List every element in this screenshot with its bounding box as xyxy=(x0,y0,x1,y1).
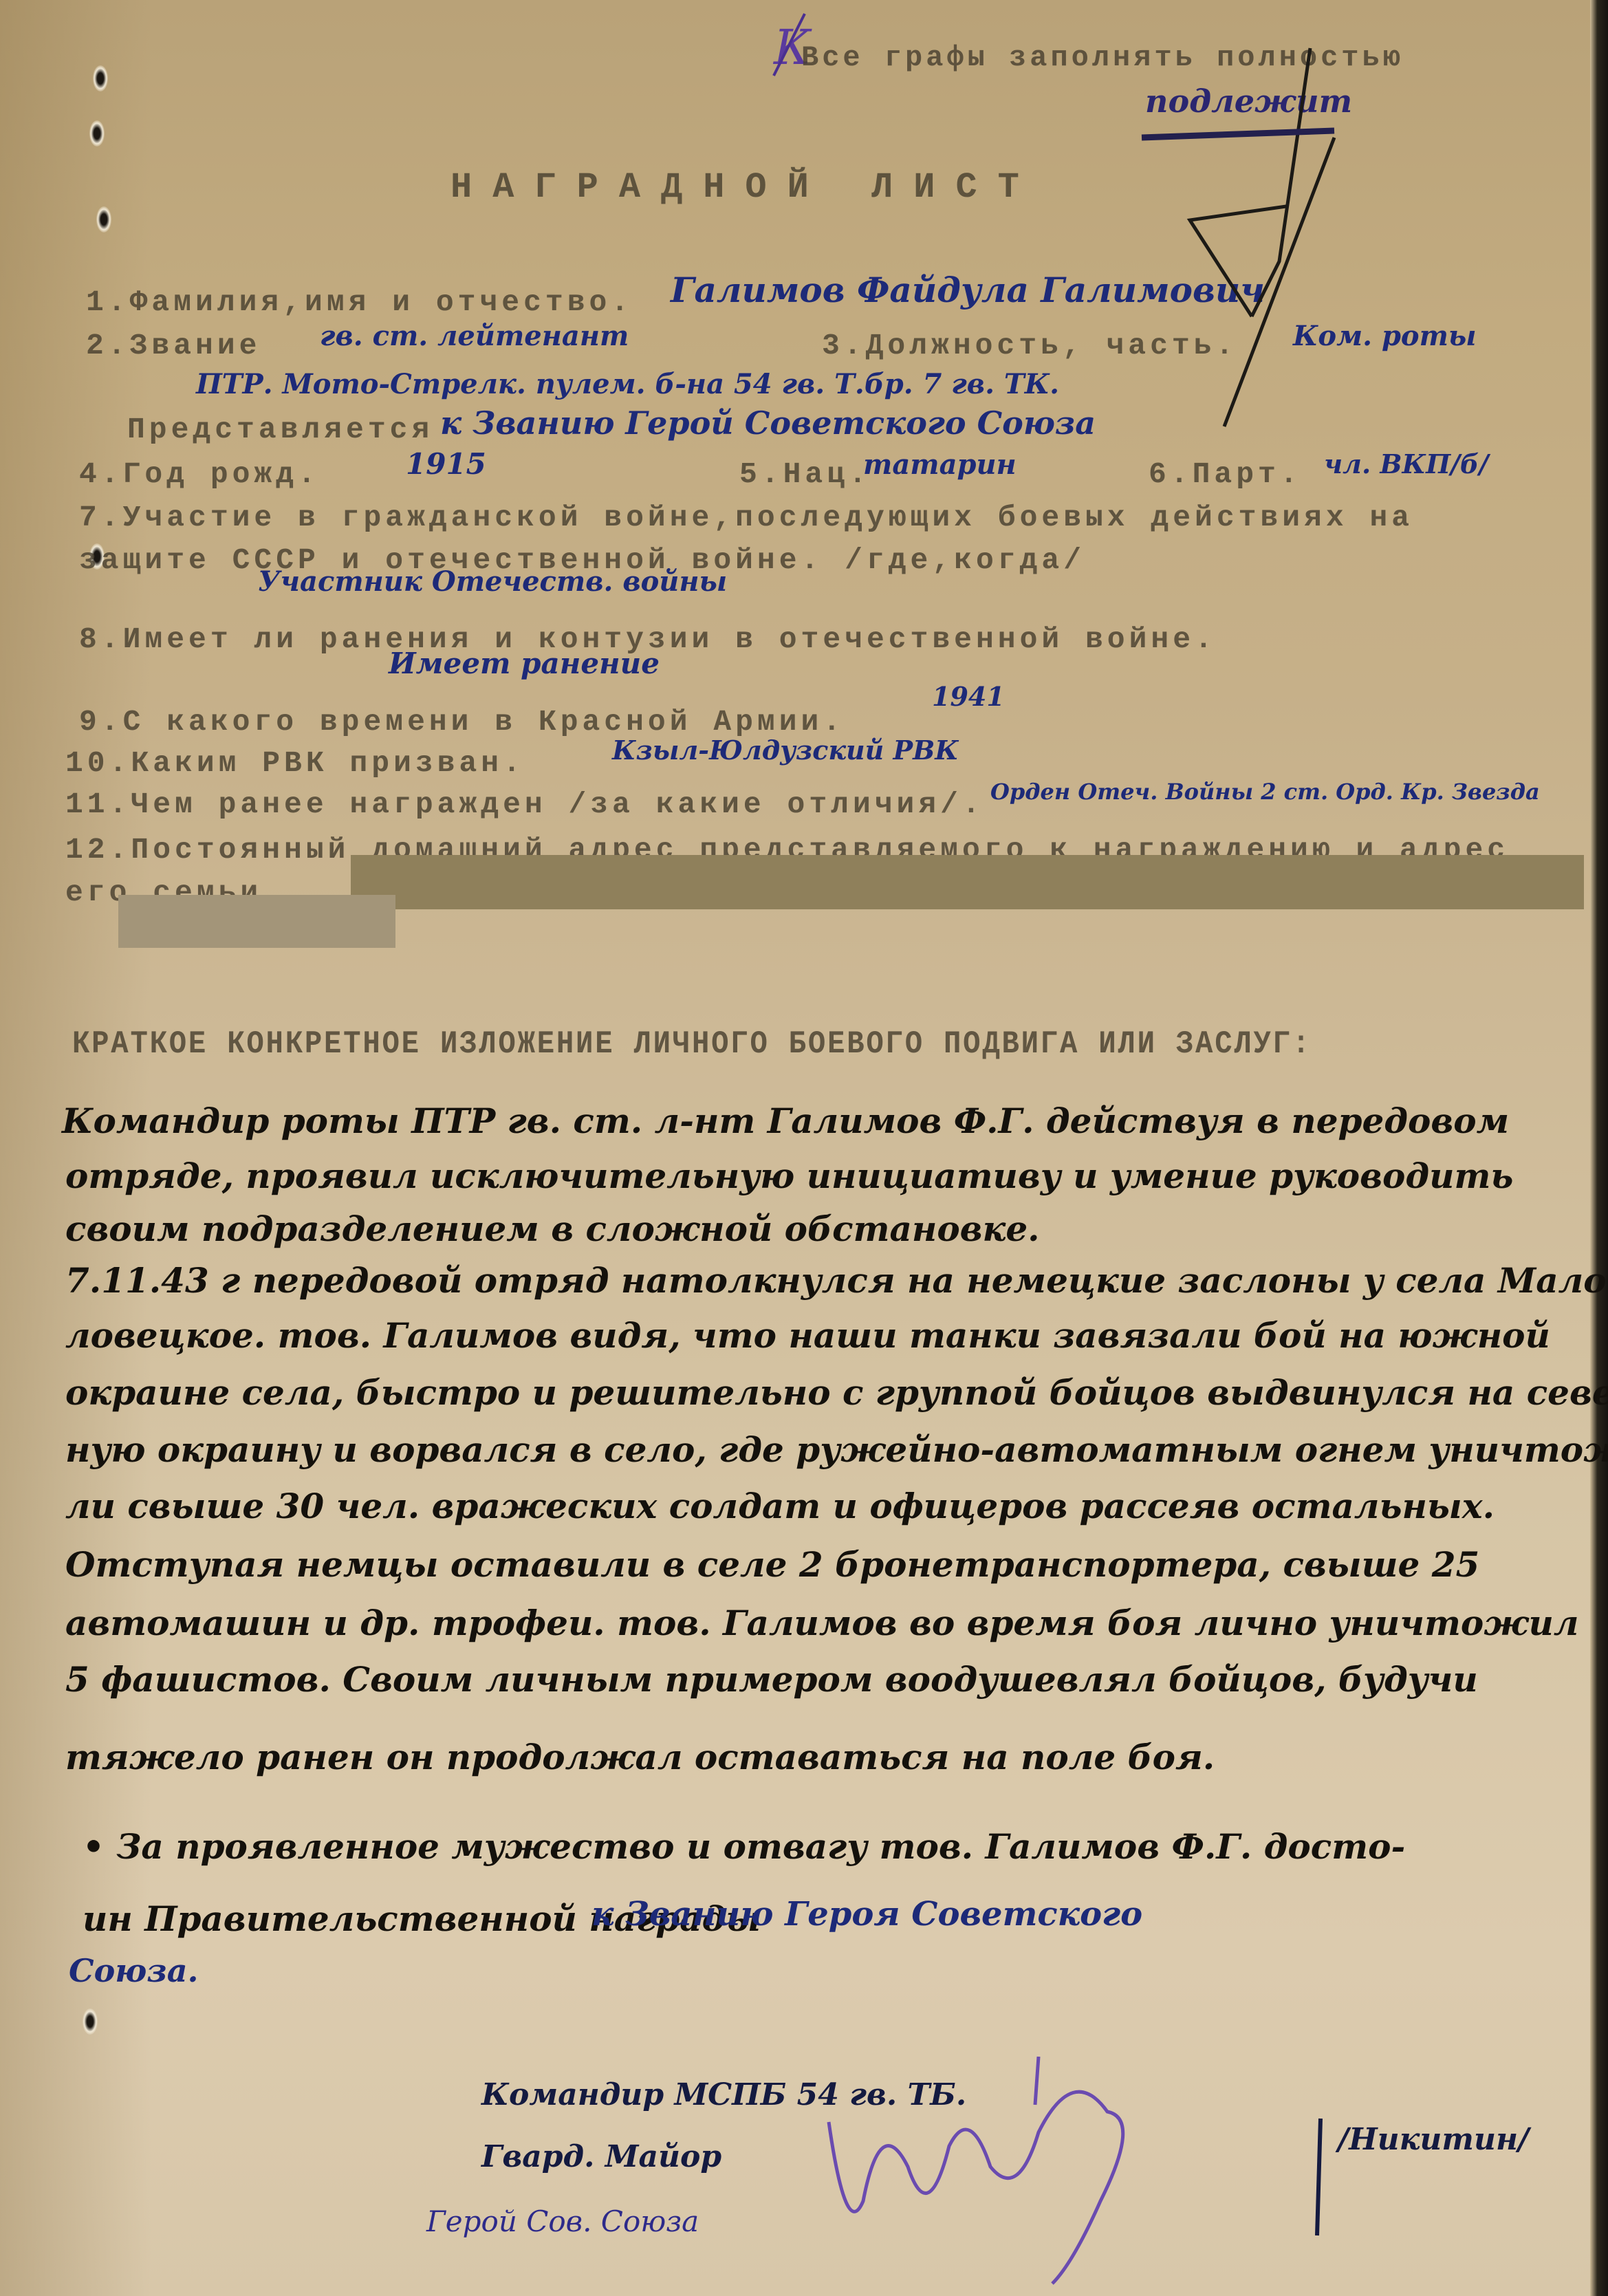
corner-stroke xyxy=(774,14,805,76)
pen-marks xyxy=(0,0,1608,2296)
underline-stroke xyxy=(1142,131,1334,138)
signature-bar xyxy=(1317,2119,1321,2235)
signature-scribble xyxy=(829,2057,1123,2284)
check-mark-icon xyxy=(1190,48,1334,426)
